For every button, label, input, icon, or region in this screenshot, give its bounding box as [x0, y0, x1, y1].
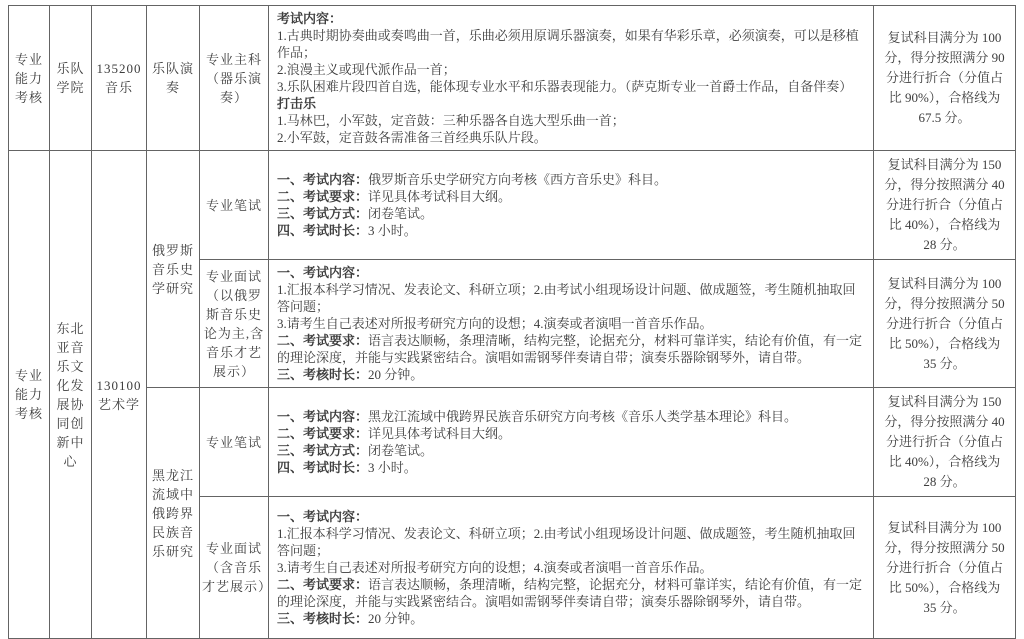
exam-content-cell: 一、考试内容：1.汇报本科学习情况、发表论文、科研立项；2.由考试小组现场设计问… — [269, 260, 874, 388]
exam-requirements-document: 专业能力考核乐队学院135200音乐乐队演奏专业主科（器乐演奏）考试内容：1.古… — [8, 5, 1016, 586]
exam-content-line: 三、考试方式：闭卷笔试。 — [277, 205, 865, 222]
college-cell: 乐队学院 — [50, 6, 92, 151]
exam-content-line: 四、考试时长：3 小时。 — [277, 222, 865, 239]
category-cell: 专业能力考核 — [9, 6, 50, 151]
subject-cell: 专业面试（以俄罗斯音乐史论为主,含音乐才艺展示） — [200, 260, 269, 388]
direction-cell: 黑龙江流域中俄跨界民族音乐研究 — [147, 388, 200, 587]
exam-content-line: 1.汇报本科学习情况、发表论文、科研立项；2.由考试小组现场设计问题、做成题签，… — [277, 525, 865, 559]
major-code-cell: 130100艺术学 — [92, 151, 147, 587]
table-row: 专业能力考核乐队学院135200音乐乐队演奏专业主科（器乐演奏）考试内容：1.古… — [9, 6, 1016, 151]
subject-note: （器乐演奏） — [202, 69, 266, 107]
exam-content-cell: 考试内容：1.古典时期协奏曲或奏鸣曲一首，乐曲必须用原调乐器演奏，如果有华彩乐章… — [269, 6, 874, 151]
subject-name: 专业面试 — [202, 539, 266, 558]
college-cell: 东北亚音乐文化发展协同创新中心 — [50, 151, 92, 587]
scoring-cell: 复试科目满分为 150 分，得分按照满分 40 分进行折合（分值占比 40%），… — [874, 388, 1016, 497]
major-degree: 艺术学 — [94, 395, 144, 414]
exam-content-line: 3.请考生自己表述对所报考研究方向的设想；4.演奏或者演唱一首音乐作品。 — [277, 559, 865, 576]
subject-cell: 专业主科（器乐演奏） — [200, 6, 269, 151]
major-code-cell: 135200音乐 — [92, 6, 147, 151]
exam-content-line: 四、考试时长：3 小时。 — [277, 459, 865, 476]
scoring-cell: 复试科目满分为 100 分，得分按照满分 50 分进行折合（分值占比 50%），… — [874, 260, 1016, 388]
exam-content-line: 一、考试内容：黑龙江流域中俄跨界民族音乐研究方向考核《音乐人类学基本理论》科目。 — [277, 408, 865, 425]
subject-note: （以俄罗斯音乐史论为主,含音乐才艺展示） — [202, 286, 266, 381]
exam-content-line: 1.古典时期协奏曲或奏鸣曲一首，乐曲必须用原调乐器演奏，如果有华彩乐章，必须演奏… — [277, 27, 865, 61]
major-degree: 音乐 — [94, 78, 144, 97]
exam-content-line: 二、考试要求：详见具体考试科目大纲。 — [277, 425, 865, 442]
exam-content-line: 二、考试要求：详见具体考试科目大纲。 — [277, 188, 865, 205]
exam-content-line: 一、考试内容： — [277, 508, 865, 525]
exam-content-line: 二、考试要求：语言表达顺畅，条理清晰，结构完整，论据充分，材料可靠详实，结论有价… — [277, 576, 865, 586]
exam-content-line: 一、考试内容： — [277, 264, 865, 281]
exam-content-line: 2.浪漫主义或现代派作品一首； — [277, 61, 865, 78]
exam-content-line: 三、考核时长：20 分钟。 — [277, 366, 865, 383]
exam-content-cell: 一、考试内容：俄罗斯音乐史学研究方向考核《西方音乐史》科目。二、考试要求：详见具… — [269, 151, 874, 260]
subject-name: 专业笔试 — [202, 433, 266, 452]
subject-note: （含音乐才艺展示） — [202, 558, 266, 586]
subject-name: 专业面试 — [202, 267, 266, 286]
direction-cell: 乐队演奏 — [147, 6, 200, 151]
major-code: 135200 — [94, 59, 144, 78]
table-row: 专业能力考核东北亚音乐文化发展协同创新中心130100艺术学俄罗斯音乐史学研究专… — [9, 151, 1016, 260]
subject-cell: 专业笔试 — [200, 151, 269, 260]
exam-content-cell: 一、考试内容：1.汇报本科学习情况、发表论文、科研立项；2.由考试小组现场设计问… — [269, 497, 874, 587]
exam-requirements-table: 专业能力考核乐队学院135200音乐乐队演奏专业主科（器乐演奏）考试内容：1.古… — [8, 5, 1016, 586]
scoring-cell: 复试科目满分为 150 分，得分按照满分 40 分进行折合（分值占比 40%），… — [874, 151, 1016, 260]
exam-content-line: 1.汇报本科学习情况、发表论文、科研立项；2.由考试小组现场设计问题、做成题签，… — [277, 281, 865, 315]
exam-content-line: 1.马林巴，小军鼓，定音鼓：三种乐器各自选大型乐曲一首； — [277, 112, 865, 129]
major-code: 130100 — [94, 376, 144, 395]
exam-content-line: 三、考试方式：闭卷笔试。 — [277, 442, 865, 459]
subject-name: 专业主科 — [202, 50, 266, 69]
exam-content-line: 二、考试要求：语言表达顺畅，条理清晰，结构完整，论据充分，材料可靠详实，结论有价… — [277, 332, 865, 366]
exam-content-cell: 一、考试内容：黑龙江流域中俄跨界民族音乐研究方向考核《音乐人类学基本理论》科目。… — [269, 388, 874, 497]
scoring-cell: 复试科目满分为 100 分，得分按照满分 90 分进行折合（分值占比 90%），… — [874, 6, 1016, 151]
exam-content-line: 2.小军鼓，定音鼓各需准备三首经典乐队片段。 — [277, 129, 865, 146]
exam-content-line: 3.请考生自己表述对所报考研究方向的设想；4.演奏或者演唱一首音乐作品。 — [277, 315, 865, 332]
exam-content-line: 3.乐队困难片段四首自选，能体现专业水平和乐器表现能力。（萨克斯专业一首爵士作品… — [277, 78, 865, 95]
table-row: 黑龙江流域中俄跨界民族音乐研究专业笔试一、考试内容：黑龙江流域中俄跨界民族音乐研… — [9, 388, 1016, 497]
category-cell: 专业能力考核 — [9, 151, 50, 587]
subject-name: 专业笔试 — [202, 196, 266, 215]
subject-cell: 专业笔试 — [200, 388, 269, 497]
exam-content-line: 打击乐 — [277, 95, 865, 112]
scoring-cell: 复试科目满分为 100 分，得分按照满分 50 分进行折合（分值占比 50%），… — [874, 497, 1016, 587]
subject-cell: 专业面试（含音乐才艺展示） — [200, 497, 269, 587]
direction-cell: 俄罗斯音乐史学研究 — [147, 151, 200, 388]
exam-content-line: 考试内容： — [277, 10, 865, 27]
exam-content-line: 一、考试内容：俄罗斯音乐史学研究方向考核《西方音乐史》科目。 — [277, 171, 865, 188]
